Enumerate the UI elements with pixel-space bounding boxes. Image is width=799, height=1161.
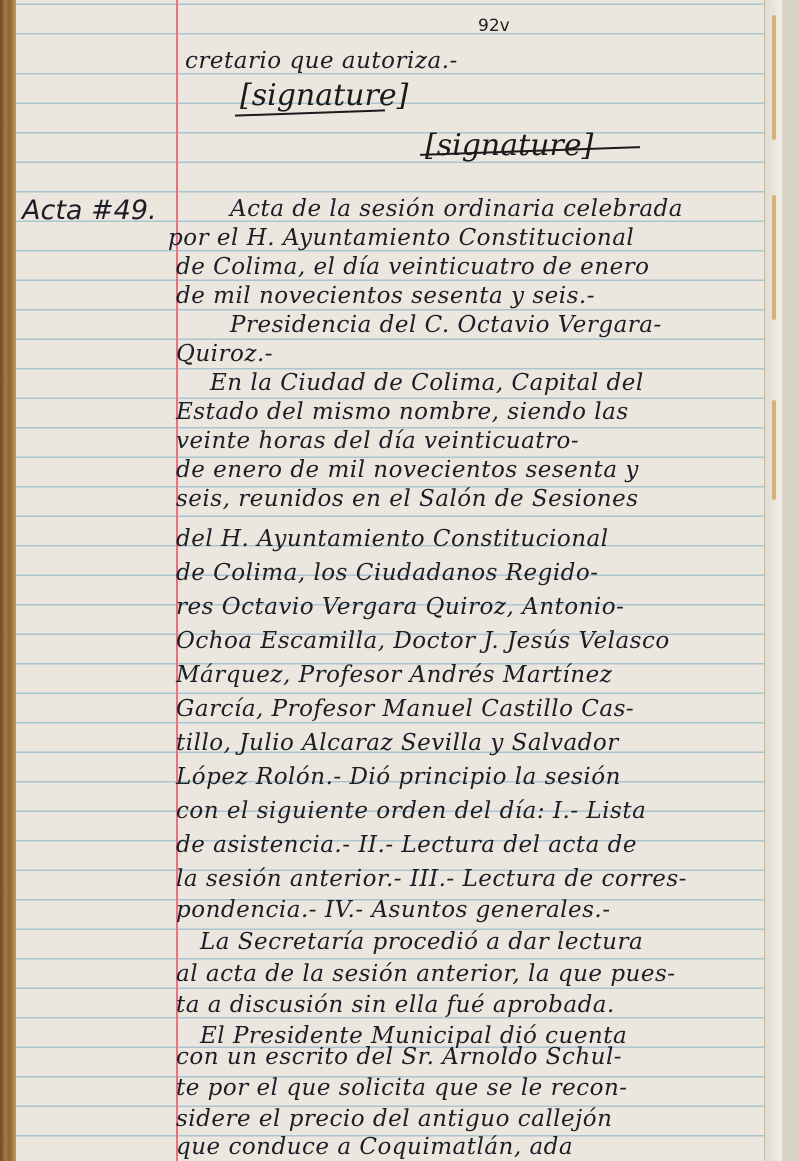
text-line: res Octavio Vergara Quiroz, Antonio-: [176, 594, 624, 620]
text-line: García, Profesor Manuel Castillo Cas-: [176, 696, 634, 722]
page-tab: [772, 195, 776, 320]
text-line: Quiroz.-: [176, 341, 273, 367]
previous-entry-ending: cretario que autoriza.-: [185, 48, 458, 74]
text-line: de asistencia.- II.- Lectura del acta de: [176, 832, 637, 858]
text-line: con un escrito del Sr. Arnoldo Schul-: [176, 1044, 622, 1070]
text-line: Acta de la sesión ordinaria celebrada: [230, 196, 683, 222]
text-line: al acta de la sesión anterior, la que pu…: [176, 961, 676, 987]
acta-number-label: Acta #49.: [22, 195, 157, 226]
text-line: te por el que solicita que se le recon-: [176, 1075, 628, 1101]
text-line: la sesión anterior.- III.- Lectura de co…: [176, 866, 687, 892]
text-line: de Colima, el día veinticuatro de enero: [176, 254, 650, 280]
text-line: de enero de mil novecientos sesenta y: [176, 457, 639, 483]
signature-2: [signature]: [425, 128, 593, 163]
text-line: López Rolón.- Dió principio la sesión: [176, 764, 621, 790]
text-line: seis, reunidos en el Salón de Sesiones: [176, 486, 639, 512]
text-line: Presidencia del C. Octavio Vergara-: [230, 312, 662, 338]
text-line: de Colima, los Ciudadanos Regido-: [176, 560, 599, 586]
text-line: veinte horas del día veinticuatro-: [176, 428, 579, 454]
signature-1: [signature]: [240, 78, 408, 113]
text-line: pondencia.- IV.- Asuntos generales.-: [176, 897, 611, 923]
text-line: En la Ciudad de Colima, Capital del: [210, 370, 644, 396]
text-line: que conduce a Coquimatlán, ada: [176, 1134, 573, 1160]
folio-number: 92v: [478, 16, 510, 36]
text-line: de mil novecientos sesenta y seis.-: [176, 283, 595, 309]
text-line: Estado del mismo nombre, siendo las: [176, 399, 629, 425]
text-line: sidere el precio del antiguo callejón: [176, 1106, 612, 1132]
text-line: con el siguiente orden del día: I.- List…: [176, 798, 646, 824]
text-line: Márquez, Profesor Andrés Martínez: [176, 662, 612, 688]
book-binding: [0, 0, 16, 1161]
text-line: Ochoa Escamilla, Doctor J. Jesús Velasco: [176, 628, 670, 654]
text-line: ta a discusión sin ella fué aprobada.: [176, 992, 615, 1018]
page-tab: [772, 15, 776, 140]
text-line: tillo, Julio Alcaraz Sevilla y Salvador: [176, 730, 619, 756]
page-edge: [764, 0, 782, 1161]
page-tab: [772, 400, 776, 500]
text-line: La Secretaría procedió a dar lectura: [200, 929, 643, 955]
text-line: por el H. Ayuntamiento Constitucional: [168, 225, 634, 251]
text-line: del H. Ayuntamiento Constitucional: [176, 526, 609, 552]
